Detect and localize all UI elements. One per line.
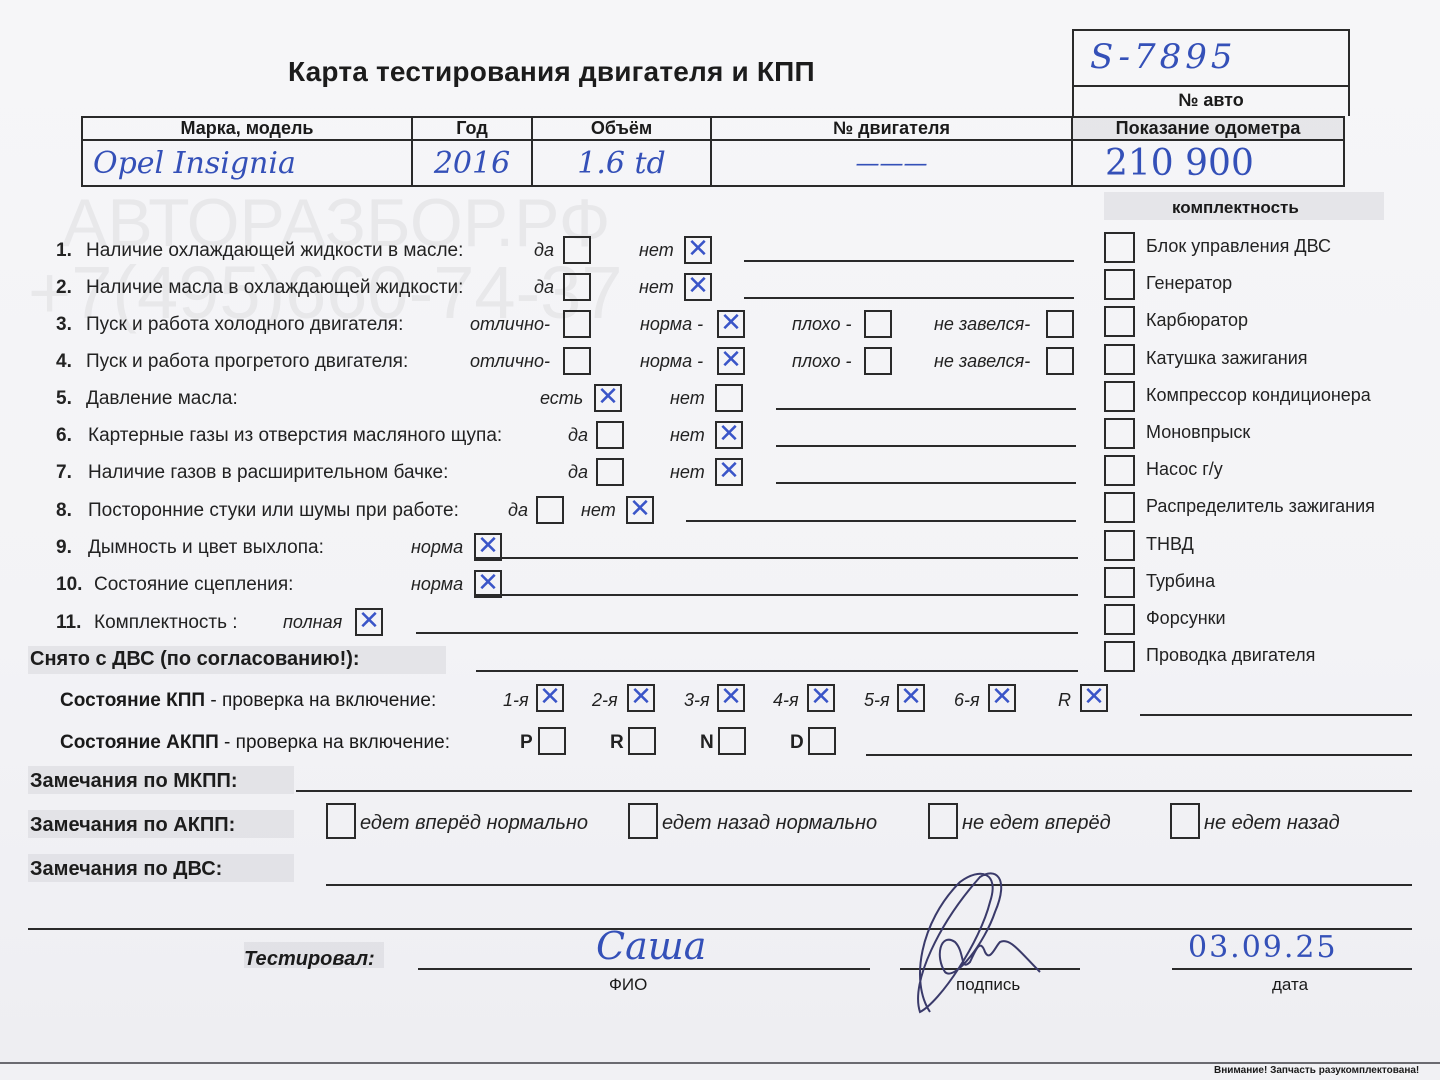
odometer-value[interactable]: 210 900 bbox=[1072, 140, 1344, 186]
check-note-line[interactable] bbox=[776, 445, 1076, 447]
dvs-remarks-label: Замечания по ДВС: bbox=[30, 858, 222, 881]
check-option-label: норма bbox=[411, 574, 463, 595]
check-option-label: да bbox=[568, 425, 588, 446]
tester-name-line[interactable] bbox=[418, 968, 870, 970]
auto-gearbox-note-line[interactable] bbox=[866, 754, 1412, 756]
kit-checkbox[interactable] bbox=[1104, 567, 1135, 598]
checkbox-unchecked[interactable] bbox=[1046, 310, 1074, 338]
checkbox-unchecked[interactable] bbox=[563, 310, 591, 338]
gear-label: 4-я bbox=[773, 690, 799, 711]
akpp-remark-checkbox[interactable] bbox=[628, 803, 658, 839]
check-option-label: нет bbox=[670, 462, 705, 483]
checkbox-unchecked[interactable] bbox=[596, 421, 624, 449]
manual-gearbox-label-bold: Состояние КПП bbox=[60, 690, 205, 711]
kit-checkbox[interactable] bbox=[1104, 641, 1135, 672]
kit-checkbox[interactable] bbox=[1104, 604, 1135, 635]
signature-caption: подпись bbox=[956, 975, 1020, 995]
akpp-remarks-label: Замечания по АКПП: bbox=[30, 814, 235, 837]
year-value[interactable]: 2016 bbox=[412, 140, 532, 186]
col-make-model: Марка, модель bbox=[82, 117, 412, 140]
check-label: Наличие масла в охлаждающей жидкости: bbox=[86, 277, 463, 299]
check-option-label: не завелся- bbox=[934, 314, 1030, 335]
kit-item-label: Моновпрыск bbox=[1146, 422, 1250, 443]
auto-gear-checkbox[interactable] bbox=[538, 727, 566, 755]
check-label: Наличие газов в расширительном бачке: bbox=[88, 462, 448, 484]
engine-number-value[interactable]: ——— bbox=[711, 140, 1072, 186]
checkbox-checked[interactable] bbox=[355, 608, 383, 636]
check-number: 8. bbox=[56, 500, 72, 522]
auto-gear-checkbox[interactable] bbox=[808, 727, 836, 755]
sheet-edge bbox=[0, 1062, 1440, 1064]
check-note-line[interactable] bbox=[744, 297, 1074, 299]
check-option-label: нет bbox=[639, 277, 674, 298]
test-card-sheet: АВТОРАЗБОР.РФ +7(495)660-74-37 Карта тес… bbox=[0, 0, 1440, 1062]
auto-gear-label: P bbox=[520, 732, 533, 754]
checkbox-unchecked[interactable] bbox=[596, 458, 624, 486]
col-volume: Объём bbox=[532, 117, 711, 140]
date-line[interactable] bbox=[1172, 968, 1412, 970]
check-label: Пуск и работа прогретого двигателя: bbox=[86, 351, 408, 373]
akpp-remark-checkbox[interactable] bbox=[928, 803, 958, 839]
volume-value[interactable]: 1.6 td bbox=[532, 140, 711, 186]
footer-notice: Внимание! Запчасть разукомплектована! bbox=[1214, 1065, 1419, 1076]
checkbox-unchecked[interactable] bbox=[864, 310, 892, 338]
date-value[interactable]: 03.09.25 bbox=[1188, 930, 1338, 965]
checkbox-checked[interactable] bbox=[594, 384, 622, 412]
kit-item-label: ТНВД bbox=[1146, 534, 1194, 555]
check-option-label: да bbox=[508, 500, 528, 521]
gear-checkbox[interactable] bbox=[717, 684, 745, 712]
check-option-label: норма - bbox=[640, 351, 703, 372]
auto-gearbox-label-rest: - проверка на включение: bbox=[219, 732, 450, 753]
check-option-label: полная bbox=[283, 612, 342, 633]
kit-checkbox[interactable] bbox=[1104, 381, 1135, 412]
check-note-line[interactable] bbox=[744, 260, 1074, 262]
check-note-line[interactable] bbox=[416, 632, 1078, 634]
tester-name-value[interactable]: Саша bbox=[596, 924, 706, 968]
check-number: 2. bbox=[56, 277, 72, 299]
check-label: Состояние сцепления: bbox=[94, 574, 293, 596]
gear-checkbox[interactable] bbox=[807, 684, 835, 712]
check-number: 7. bbox=[56, 462, 72, 484]
kit-checkbox[interactable] bbox=[1104, 344, 1135, 375]
manual-gearbox-label-rest: - проверка на включение: bbox=[205, 690, 436, 711]
mkpp-remarks-label: Замечания по МКПП: bbox=[30, 770, 238, 793]
checkbox-unchecked[interactable] bbox=[563, 347, 591, 375]
signature-scribble-icon bbox=[900, 862, 1070, 1022]
gear-label: 5-я bbox=[864, 690, 890, 711]
check-note-line[interactable] bbox=[474, 594, 1078, 596]
checkbox-unchecked[interactable] bbox=[536, 496, 564, 524]
manual-gearbox-note-line[interactable] bbox=[1140, 714, 1412, 716]
auto-number-box: S-7895 bbox=[1072, 29, 1350, 87]
kit-item-label: Турбина bbox=[1146, 571, 1215, 592]
gear-checkbox[interactable] bbox=[988, 684, 1016, 712]
kit-item-label: Проводка двигателя bbox=[1146, 645, 1315, 666]
check-option-label: нет bbox=[670, 425, 705, 446]
check-option-label: норма bbox=[411, 537, 463, 558]
checkbox-unchecked[interactable] bbox=[864, 347, 892, 375]
manual-gearbox-label: Состояние КПП - проверка на включение: bbox=[60, 690, 436, 712]
check-option-label: отлично- bbox=[470, 314, 550, 335]
check-label: Посторонние стуки или шумы при работе: bbox=[88, 500, 459, 522]
auto-gear-checkbox[interactable] bbox=[628, 727, 656, 755]
check-number: 5. bbox=[56, 388, 72, 410]
checkbox-unchecked[interactable] bbox=[1046, 347, 1074, 375]
akpp-remark-label: не едет назад bbox=[1204, 812, 1340, 835]
checkbox-checked[interactable] bbox=[715, 458, 743, 486]
checkbox-checked[interactable] bbox=[684, 236, 712, 264]
check-label: Картерные газы из отверстия масляного щу… bbox=[88, 425, 502, 447]
check-note-line[interactable] bbox=[686, 520, 1076, 522]
kit-item-label: Распределитель зажигания bbox=[1146, 496, 1375, 517]
check-note-line[interactable] bbox=[776, 482, 1076, 484]
gear-label: R bbox=[1058, 690, 1071, 711]
check-option-label: норма - bbox=[640, 314, 703, 335]
check-option-label: нет bbox=[581, 500, 616, 521]
kit-item-label: Компрессор кондиционера bbox=[1146, 385, 1371, 406]
kit-checkbox[interactable] bbox=[1104, 269, 1135, 300]
kit-item-label: Насос г/у bbox=[1146, 459, 1223, 480]
kit-item-label: Катушка зажигания bbox=[1146, 348, 1308, 369]
check-note-line[interactable] bbox=[474, 557, 1078, 559]
check-note-line[interactable] bbox=[776, 408, 1076, 410]
kit-checkbox[interactable] bbox=[1104, 455, 1135, 486]
kit-title: комплектность bbox=[1172, 198, 1299, 218]
kit-checkbox[interactable] bbox=[1104, 232, 1135, 263]
kit-checkbox[interactable] bbox=[1104, 306, 1135, 337]
check-option-label: нет bbox=[670, 388, 705, 409]
checkbox-checked[interactable] bbox=[684, 273, 712, 301]
check-label: Наличие охлаждающей жидкости в масле: bbox=[86, 240, 463, 262]
kit-item-label: Форсунки bbox=[1146, 608, 1226, 629]
check-option-label: нет bbox=[639, 240, 674, 261]
check-number: 1. bbox=[56, 240, 72, 262]
check-label: Давление масла: bbox=[86, 388, 238, 410]
check-option-label: плохо - bbox=[792, 314, 851, 335]
check-number: 11. bbox=[56, 612, 81, 634]
checkbox-checked[interactable] bbox=[717, 347, 745, 375]
removed-input-line[interactable] bbox=[476, 670, 1078, 672]
auto-gear-label: N bbox=[700, 732, 714, 754]
auto-gear-checkbox[interactable] bbox=[718, 727, 746, 755]
gear-label: 3-я bbox=[684, 690, 710, 711]
akpp-remark-label: не едет вперёд bbox=[962, 812, 1111, 835]
akpp-remark-checkbox[interactable] bbox=[326, 803, 356, 839]
gear-label: 2-я bbox=[592, 690, 618, 711]
kit-checkbox[interactable] bbox=[1104, 530, 1135, 561]
auto-number-label: № авто bbox=[1072, 85, 1350, 116]
tested-by-label: Тестировал: bbox=[244, 948, 375, 971]
check-option-label: отлично- bbox=[470, 351, 550, 372]
akpp-remark-label: едет вперёд нормально bbox=[360, 812, 588, 835]
gear-label: 1-я bbox=[503, 690, 529, 711]
auto-gearbox-label: Состояние АКПП - проверка на включение: bbox=[60, 732, 450, 754]
check-number: 9. bbox=[56, 537, 72, 559]
check-option-label: да bbox=[534, 240, 554, 261]
checkbox-checked[interactable] bbox=[626, 496, 654, 524]
make-model-value[interactable]: Opel Insignia bbox=[82, 140, 412, 186]
check-label: Дымность и цвет выхлопа: bbox=[88, 537, 324, 559]
auto-number-value[interactable]: S-7895 bbox=[1090, 37, 1237, 77]
gear-checkbox[interactable] bbox=[897, 684, 925, 712]
check-label: Пуск и работа холодного двигателя: bbox=[86, 314, 403, 336]
checkbox-unchecked[interactable] bbox=[563, 273, 591, 301]
mkpp-remarks-line[interactable] bbox=[296, 790, 1412, 792]
dvs-remarks-line-1[interactable] bbox=[326, 884, 1412, 886]
auto-gear-label: D bbox=[790, 732, 804, 754]
kit-item-label: Блок управления ДВС bbox=[1146, 236, 1331, 257]
checkbox-unchecked[interactable] bbox=[563, 236, 591, 264]
kit-checkbox[interactable] bbox=[1104, 492, 1135, 523]
check-option-label: плохо - bbox=[792, 351, 851, 372]
table-header-row: Марка, модель Год Объём № двигателя Пока… bbox=[82, 117, 1344, 140]
check-option-label: да bbox=[568, 462, 588, 483]
check-number: 3. bbox=[56, 314, 72, 336]
kit-item-label: Генератор bbox=[1146, 273, 1232, 294]
check-label: Комплектность : bbox=[94, 612, 238, 634]
check-option-label: не завелся- bbox=[934, 351, 1030, 372]
check-number: 10. bbox=[56, 574, 82, 596]
removed-label: Снято с ДВС (по согласованию!): bbox=[30, 648, 360, 671]
auto-gearbox-label-bold: Состояние АКПП bbox=[60, 732, 219, 753]
checkbox-checked[interactable] bbox=[715, 421, 743, 449]
checkbox-unchecked[interactable] bbox=[715, 384, 743, 412]
kit-item-label: Карбюратор bbox=[1146, 310, 1248, 331]
check-option-label: есть bbox=[540, 388, 583, 409]
auto-gear-label: R bbox=[610, 732, 624, 754]
col-odometer: Показание одометра bbox=[1072, 117, 1344, 140]
col-year: Год bbox=[412, 117, 532, 140]
gear-label: 6-я bbox=[954, 690, 980, 711]
check-number: 4. bbox=[56, 351, 72, 373]
tester-name-caption: ФИО bbox=[609, 975, 647, 995]
table-row: Opel Insignia 2016 1.6 td ——— 210 900 bbox=[82, 140, 1344, 186]
check-option-label: да bbox=[534, 277, 554, 298]
akpp-remark-label: едет назад нормально bbox=[662, 812, 877, 835]
col-engine-number: № двигателя bbox=[711, 117, 1072, 140]
gear-checkbox[interactable] bbox=[1080, 684, 1108, 712]
gear-checkbox[interactable] bbox=[627, 684, 655, 712]
checkbox-checked[interactable] bbox=[717, 310, 745, 338]
page-title: Карта тестирования двигателя и КПП bbox=[288, 56, 815, 88]
check-number: 6. bbox=[56, 425, 72, 447]
akpp-remark-checkbox[interactable] bbox=[1170, 803, 1200, 839]
date-caption: дата bbox=[1272, 975, 1308, 995]
vehicle-info-table: Марка, модель Год Объём № двигателя Пока… bbox=[81, 116, 1345, 187]
gear-checkbox[interactable] bbox=[536, 684, 564, 712]
kit-checkbox[interactable] bbox=[1104, 418, 1135, 449]
